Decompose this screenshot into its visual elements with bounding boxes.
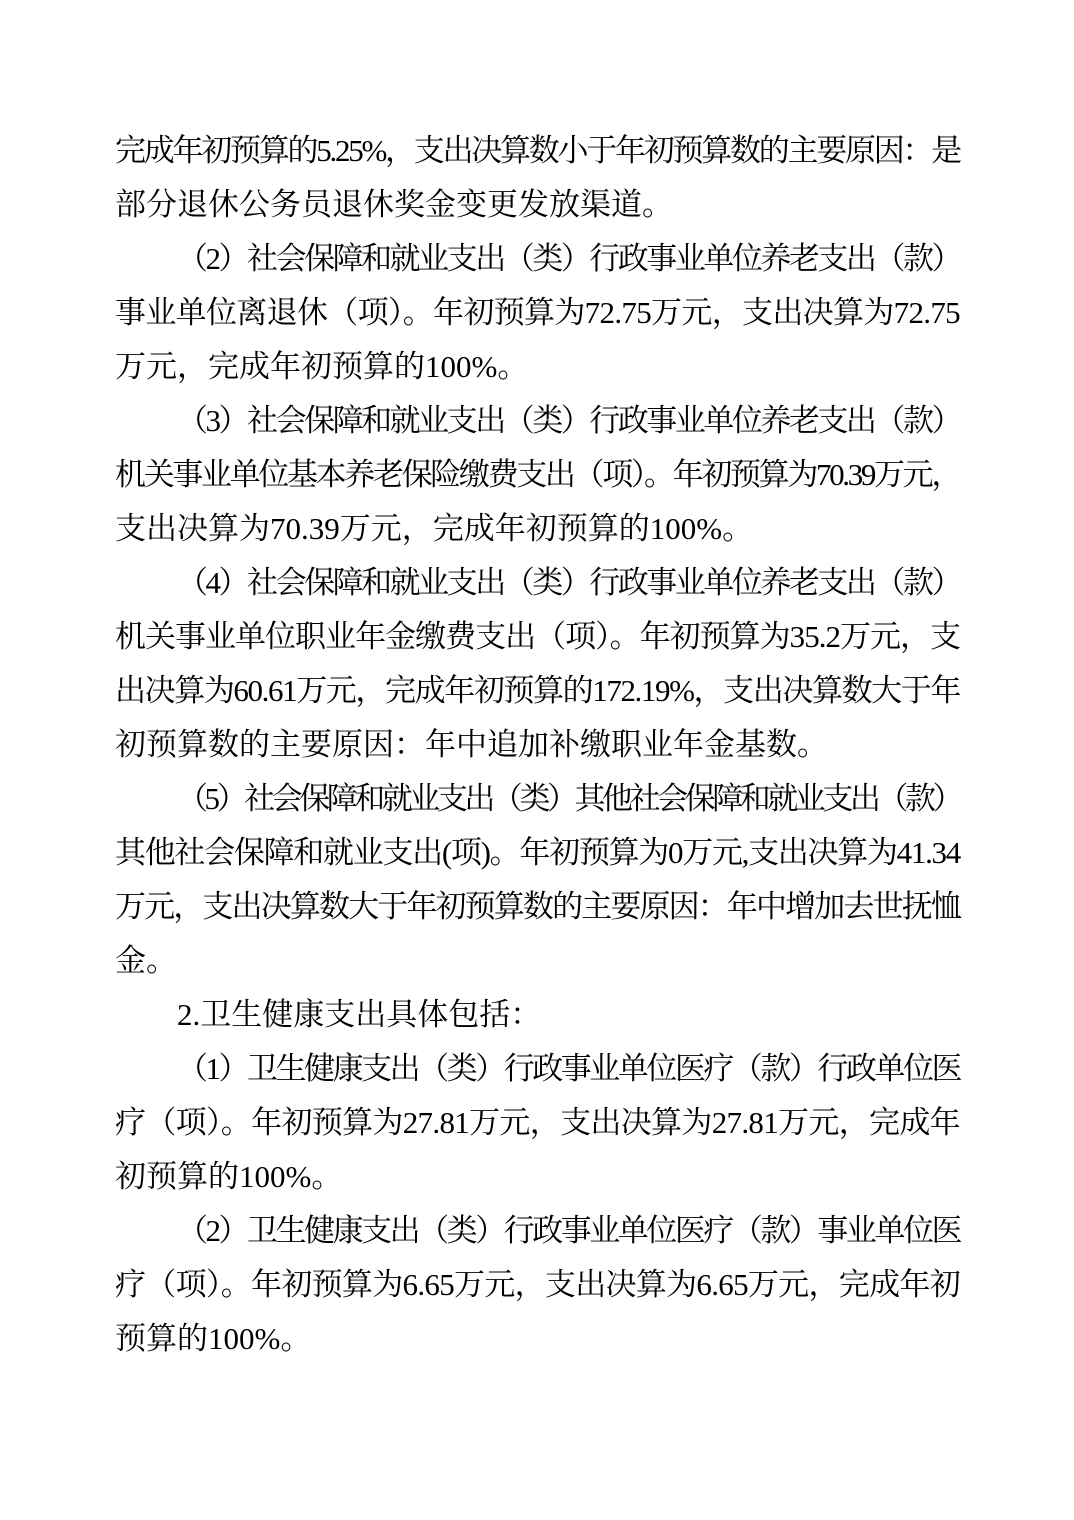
text-line: （1）卫生健康支出（类）行政事业单位医疗（款）行政单位医 [115, 1042, 960, 1096]
text-line: 机关事业单位基本养老保险缴费支出（项）。年初预算为70.39万元， [115, 448, 960, 502]
document-body: 完成年初预算的5.25%，支出决算数小于年初预算数的主要原因：是部分退休公务员退… [0, 0, 1074, 1366]
text-line: 万元，完成年初预算的100%。 [115, 340, 960, 394]
text-line: 出决算为60.61万元，完成年初预算的172.19%，支出决算数大于年 [115, 664, 960, 718]
text-line: （2）卫生健康支出（类）行政事业单位医疗（款）事业单位医 [115, 1204, 960, 1258]
paragraph: 2.卫生健康支出具体包括： [115, 988, 960, 1042]
paragraph: 完成年初预算的5.25%，支出决算数小于年初预算数的主要原因：是部分退休公务员退… [115, 124, 960, 232]
text-line: （4）社会保障和就业支出（类）行政事业单位养老支出（款） [115, 556, 960, 610]
document-page: 完成年初预算的5.25%，支出决算数小于年初预算数的主要原因：是部分退休公务员退… [0, 0, 1074, 1520]
text-line: 初预算的100%。 [115, 1150, 960, 1204]
text-line: 2.卫生健康支出具体包括： [115, 988, 960, 1042]
paragraph: （2）社会保障和就业支出（类）行政事业单位养老支出（款）事业单位离退休（项）。年… [115, 232, 960, 394]
text-line: （3）社会保障和就业支出（类）行政事业单位养老支出（款） [115, 394, 960, 448]
text-line: 支出决算为70.39万元，完成年初预算的100%。 [115, 502, 960, 556]
text-line: 万元，支出决算数大于年初预算数的主要原因：年中增加去世抚恤 [115, 880, 960, 934]
text-line: 机关事业单位职业年金缴费支出（项）。年初预算为35.2万元，支 [115, 610, 960, 664]
text-line: 部分退休公务员退休奖金变更发放渠道。 [115, 178, 960, 232]
text-line: 初预算数的主要原因：年中追加补缴职业年金基数。 [115, 718, 960, 772]
paragraph: （4）社会保障和就业支出（类）行政事业单位养老支出（款）机关事业单位职业年金缴费… [115, 556, 960, 772]
text-line: 其他社会保障和就业支出(项)。年初预算为0万元,支出决算为41.34 [115, 826, 960, 880]
paragraph: （3）社会保障和就业支出（类）行政事业单位养老支出（款）机关事业单位基本养老保险… [115, 394, 960, 556]
text-line: 预算的100%。 [115, 1312, 960, 1366]
paragraph: （1）卫生健康支出（类）行政事业单位医疗（款）行政单位医疗（项）。年初预算为27… [115, 1042, 960, 1204]
text-line: 完成年初预算的5.25%，支出决算数小于年初预算数的主要原因：是 [115, 124, 960, 178]
text-line: （2）社会保障和就业支出（类）行政事业单位养老支出（款） [115, 232, 960, 286]
text-line: 金。 [115, 934, 960, 988]
text-line: 疗（项）。年初预算为6.65万元，支出决算为6.65万元，完成年初 [115, 1258, 960, 1312]
paragraph: （2）卫生健康支出（类）行政事业单位医疗（款）事业单位医疗（项）。年初预算为6.… [115, 1204, 960, 1366]
text-line: 事业单位离退休（项）。年初预算为72.75万元，支出决算为72.75 [115, 286, 960, 340]
paragraph: （5）社会保障和就业支出（类）其他社会保障和就业支出（款）其他社会保障和就业支出… [115, 772, 960, 988]
text-line: （5）社会保障和就业支出（类）其他社会保障和就业支出（款） [115, 772, 960, 826]
text-line: 疗（项）。年初预算为27.81万元，支出决算为27.81万元，完成年 [115, 1096, 960, 1150]
